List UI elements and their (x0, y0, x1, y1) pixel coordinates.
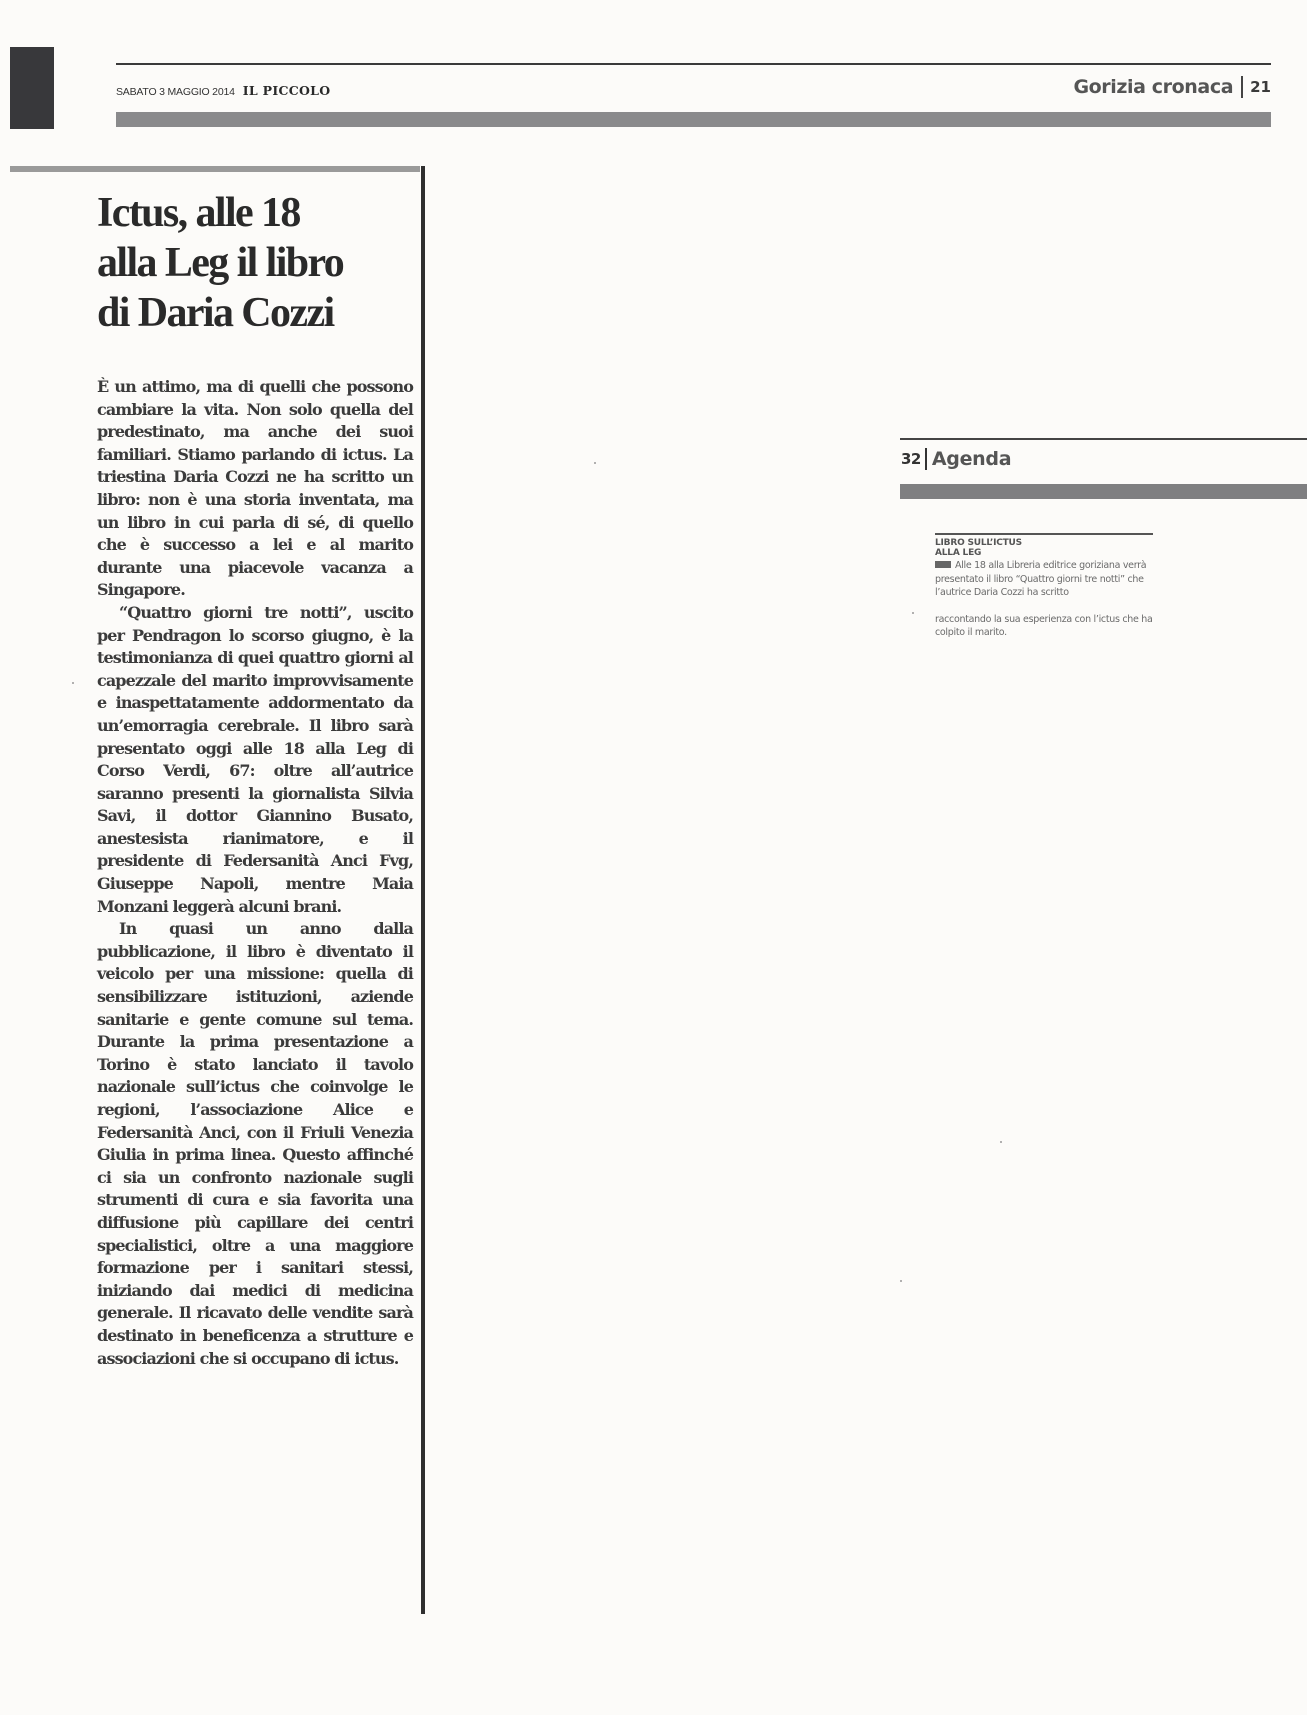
scan-speck (900, 1280, 902, 1282)
agenda-section-label: 32 Agenda (901, 448, 1011, 470)
agenda-divider (925, 448, 927, 470)
article-paragraph: È un attimo, ma di quelli che possono ca… (97, 376, 413, 602)
agenda-gray-bar (900, 484, 1307, 499)
brief-bullet-icon (935, 561, 951, 568)
scan-speck (1000, 1141, 1002, 1143)
page-section-label: Gorizia cronaca 21 (1073, 76, 1271, 98)
brief-text-content: Alle 18 alla Libreria editrice goriziana… (935, 560, 1146, 598)
brief-title: LIBRO SULL’ICTUS ALLA LEG (935, 538, 1155, 558)
scan-margin-block (10, 47, 54, 129)
section-divider (1241, 76, 1243, 98)
brief-text: Alle 18 alla Libreria editrice goriziana… (935, 559, 1155, 600)
page-number: 21 (1250, 78, 1271, 96)
brief-text-continued: raccontando la sua esperienza con l’ictu… (935, 613, 1155, 640)
agenda-section-name: Agenda (932, 448, 1011, 470)
scan-speck (594, 462, 596, 464)
headline-line: di Daria Cozzi (97, 288, 417, 338)
brief-title-line: ALLA LEG (935, 548, 1155, 558)
section-name: Gorizia cronaca (1073, 76, 1233, 98)
headline-line: alla Leg il libro (97, 238, 417, 288)
newspaper-masthead: IL PICCOLO (243, 83, 331, 98)
page-header-meta: SABATO 3 MAGGIO 2014 IL PICCOLO (116, 83, 330, 98)
article-paragraph: “Quattro giorni tre notti”, uscito per P… (97, 602, 413, 918)
header-gray-bar (116, 112, 1271, 127)
article-headline: Ictus, alle 18 alla Leg il libro di Dari… (97, 188, 417, 338)
headline-line: Ictus, alle 18 (97, 188, 417, 238)
article-body: È un attimo, ma di quelli che possono ca… (97, 376, 413, 1370)
publication-date: SABATO 3 MAGGIO 2014 (116, 86, 235, 98)
header-top-rule (116, 63, 1271, 65)
article-paragraph: In quasi un anno dalla pubblicazione, il… (97, 918, 413, 1370)
brief-top-rule (935, 533, 1153, 535)
scan-speck (72, 682, 74, 684)
article-column-rule (421, 166, 425, 1614)
article: Ictus, alle 18 alla Leg il libro di Dari… (10, 166, 424, 1616)
scan-speck (912, 612, 914, 614)
agenda-page-number: 32 (901, 450, 921, 468)
brief-title-line: LIBRO SULL’ICTUS (935, 538, 1155, 548)
article-top-rule (10, 166, 420, 172)
agenda-brief: LIBRO SULL’ICTUS ALLA LEG Alle 18 alla L… (935, 533, 1155, 640)
agenda-top-rule (900, 438, 1307, 440)
